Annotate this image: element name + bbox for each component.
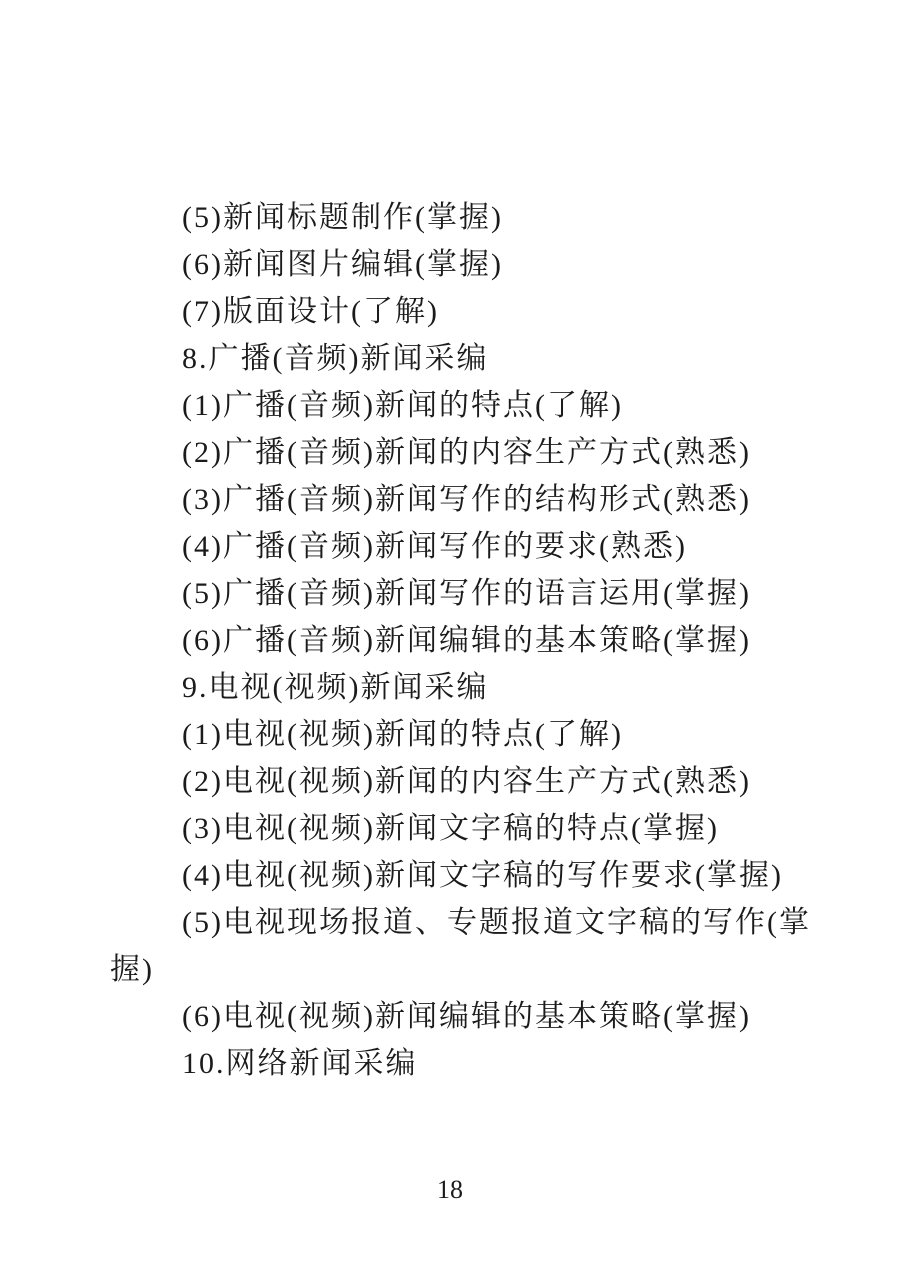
document-line: (7)版面设计(了解) xyxy=(110,288,810,335)
document-section-heading: 9.电视(视频)新闻采编 xyxy=(110,664,810,711)
document-line: (5)电视现场报道、专题报道文字稿的写作(掌 xyxy=(110,899,810,946)
document-section-heading: 8.广播(音频)新闻采编 xyxy=(110,335,810,382)
document-line: (4)广播(音频)新闻写作的要求(熟悉) xyxy=(110,523,810,570)
document-line-continuation: 握) xyxy=(110,946,810,993)
document-line: (5)广播(音频)新闻写作的语言运用(掌握) xyxy=(110,570,810,617)
document-line: (6)广播(音频)新闻编辑的基本策略(掌握) xyxy=(110,617,810,664)
document-body: (5)新闻标题制作(掌握) (6)新闻图片编辑(掌握) (7)版面设计(了解) … xyxy=(110,194,810,1087)
document-line: (5)新闻标题制作(掌握) xyxy=(110,194,810,241)
document-line: (6)电视(视频)新闻编辑的基本策略(掌握) xyxy=(110,993,810,1040)
document-line: (3)广播(音频)新闻写作的结构形式(熟悉) xyxy=(110,476,810,523)
document-section-heading: 10.网络新闻采编 xyxy=(110,1040,810,1087)
document-line: (1)电视(视频)新闻的特点(了解) xyxy=(110,711,810,758)
document-line: (2)广播(音频)新闻的内容生产方式(熟悉) xyxy=(110,429,810,476)
document-line: (1)广播(音频)新闻的特点(了解) xyxy=(110,382,810,429)
page-number: 18 xyxy=(0,1174,900,1206)
document-page: (5)新闻标题制作(掌握) (6)新闻图片编辑(掌握) (7)版面设计(了解) … xyxy=(0,0,900,1272)
document-line: (2)电视(视频)新闻的内容生产方式(熟悉) xyxy=(110,758,810,805)
document-line: (3)电视(视频)新闻文字稿的特点(掌握) xyxy=(110,805,810,852)
document-line: (6)新闻图片编辑(掌握) xyxy=(110,241,810,288)
document-line: (4)电视(视频)新闻文字稿的写作要求(掌握) xyxy=(110,852,810,899)
